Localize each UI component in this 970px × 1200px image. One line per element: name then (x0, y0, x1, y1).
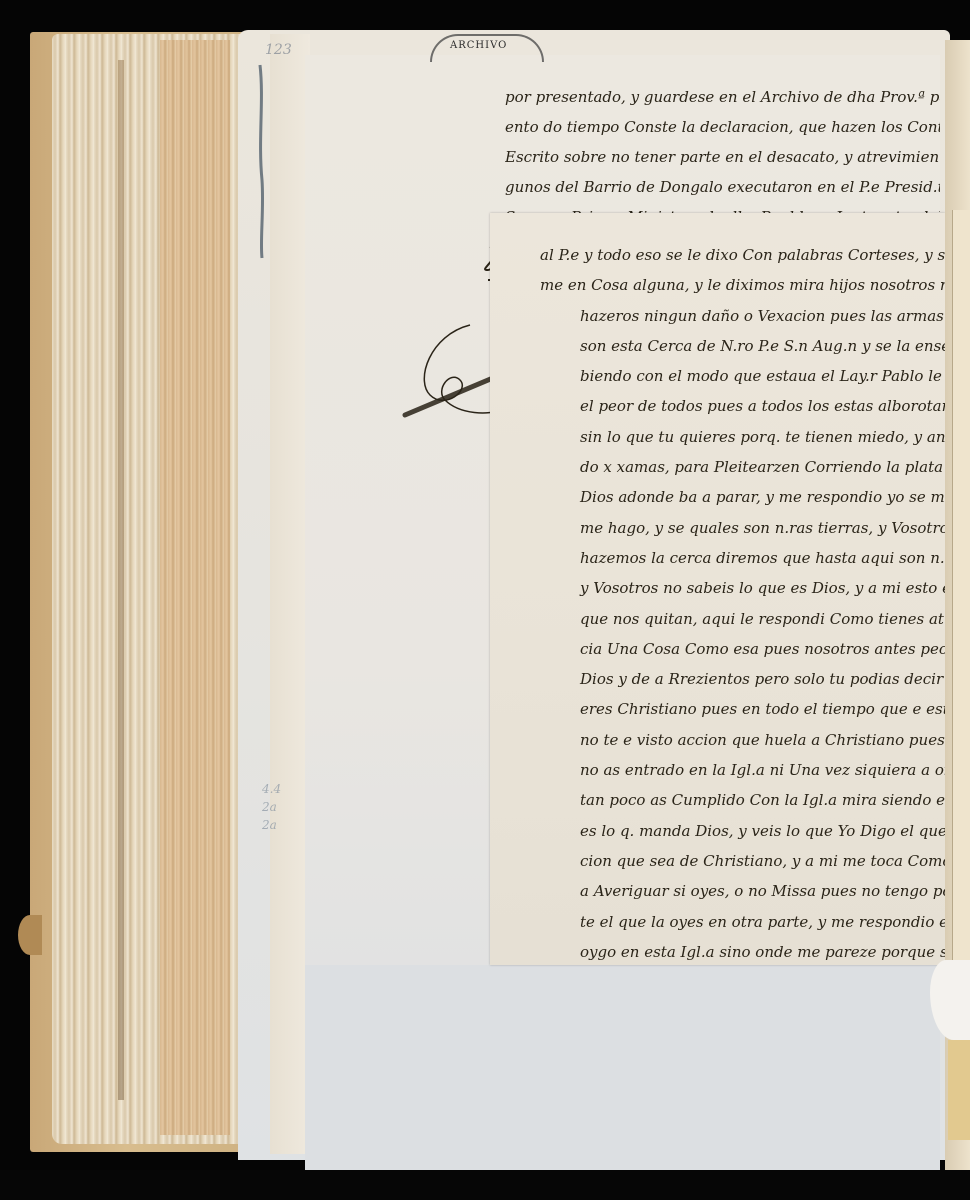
page-lower-blank-area (305, 965, 940, 1170)
slip-line: no te e visto accion que huela a Christi… (540, 725, 945, 755)
text-line: ento do tiempo Conste la declaracion, qu… (505, 112, 940, 142)
slip-line: Dios adonde ba a parar, y me respondio y… (540, 482, 945, 512)
slip-line: oygo en esta Igl.a sino onde me pareze p… (540, 937, 945, 967)
signature-flourish-icon (400, 320, 500, 430)
slip-line: y Vosotros no sabeis lo que es Dios, y a… (540, 573, 945, 603)
text-line: Escrito sobre no tener parte en el desac… (505, 142, 940, 172)
page-edges-crease (118, 60, 124, 1100)
pencil-folio-number: 123 (265, 42, 292, 58)
page-edges-tan-band (160, 40, 230, 1135)
slip-line: Dios y de a Rrezientos pero solo tu podi… (540, 664, 945, 694)
bottom-background (0, 1170, 970, 1200)
text-line: gunos del Barrio de Dongalo executaron e… (505, 172, 940, 202)
pasted-slip-text: al P.e y todo eso se le dixo Con palabra… (540, 240, 945, 967)
slip-line: sin lo que tu quieres porq. te tienen mi… (540, 422, 945, 452)
slip-line: cion que sea de Christiano, y a mi me to… (540, 846, 945, 876)
slip-line: es lo q. manda Dios, y veis lo que Yo Di… (540, 816, 945, 846)
slip-line: me en Cosa alguna, y le diximos mira hij… (540, 270, 945, 300)
slip-line: no as entrado en la Igl.a ni Una vez siq… (540, 755, 945, 785)
right-slip-edge (952, 210, 970, 970)
slip-line: que nos quitan, aqui le respondi Como ti… (540, 604, 945, 634)
slip-line: al P.e y todo eso se le dixo Con palabra… (540, 240, 945, 270)
slip-line: hazeros ningun daño o Vexacion pues las … (540, 301, 945, 331)
pencil-note: 4.4 (262, 780, 281, 798)
slip-line: eres Christiano pues en todo el tiempo q… (540, 694, 945, 724)
text-line: por presentado, y guardese en el Archivo… (505, 82, 940, 112)
slip-line: te el que la oyes en otra parte, y me re… (540, 907, 945, 937)
slip-line: hazemos la cerca diremos que hasta aqui … (540, 543, 945, 573)
slip-line: do x xamas, para Pleitearzen Corriendo l… (540, 452, 945, 482)
slip-line: son esta Cerca de N.ro P.e S.n Aug.n y s… (540, 331, 945, 361)
slip-line: a Averiguar si oyes, o no Missa pues no … (540, 876, 945, 906)
pencil-note: 2a (262, 798, 281, 816)
cover-clasp-tab (18, 915, 42, 955)
slip-line: cia Una Cosa Como esa pues nosotros ante… (540, 634, 945, 664)
upper-page-text: por presentado, y guardese en el Archivo… (505, 82, 940, 232)
slip-line: biendo con el modo que estaua el Lay.r P… (540, 361, 945, 391)
blue-ink-stain-icon (250, 60, 280, 260)
slip-line: me hago, y se quales son n.ras tierras, … (540, 513, 945, 543)
slip-line: tan poco as Cumplido Con la Igl.a mira s… (540, 785, 945, 815)
slip-line: el peor de todos pues a todos los estas … (540, 391, 945, 421)
right-cover-tab (948, 1040, 970, 1140)
pencil-margin-notes: 4.4 2a 2a (262, 780, 281, 834)
archive-stamp-text: ARCHIVO (450, 40, 507, 51)
pencil-note: 2a (262, 816, 281, 834)
